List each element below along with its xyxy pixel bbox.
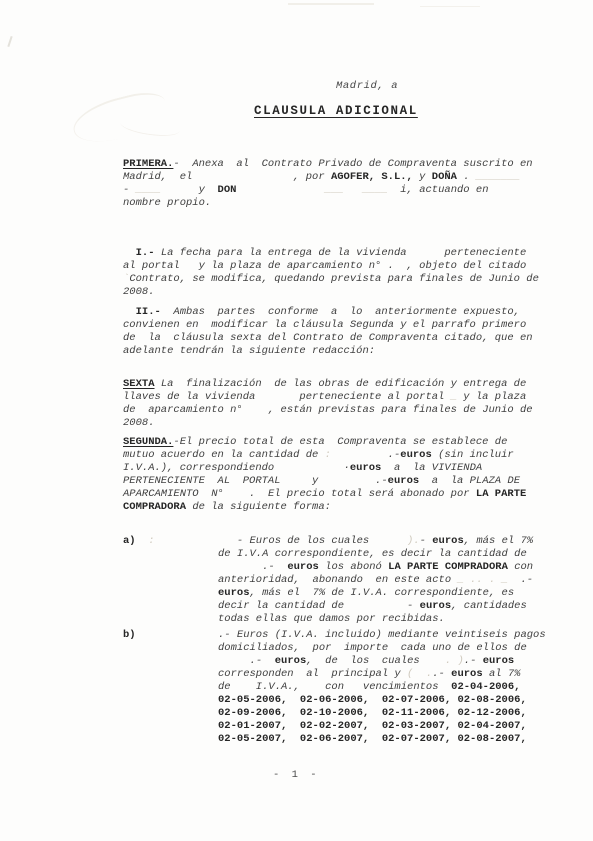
text-run: al 7% bbox=[483, 668, 521, 680]
text-line: - ____ y DON ___ ____ i, actuando en bbox=[123, 184, 563, 197]
text-line: corresponden al principal y ( ..- euros … bbox=[218, 668, 563, 681]
text-run: a) bbox=[123, 535, 136, 547]
text-run: _______ bbox=[470, 171, 520, 183]
text-run: I.V.A.), correspondiendo · bbox=[123, 462, 350, 474]
text-line: 02-09-2006, 02-10-2006, 02-11-2006, 02-1… bbox=[218, 707, 563, 720]
text-line: al portal y la plaza de aparcamiento n° … bbox=[123, 260, 563, 273]
text-run: corresponden al principal y bbox=[218, 668, 407, 680]
text-run: - bbox=[401, 600, 420, 612]
text-run: - Anexa al Contrato Privado de Compraven… bbox=[173, 158, 532, 170]
text-line: `Contrato, se modifica, quedando previst… bbox=[123, 273, 563, 286]
text-run: : bbox=[318, 449, 331, 461]
text-line: I.- La fecha para la entrega de la vivie… bbox=[123, 247, 563, 260]
text-run: .- bbox=[362, 475, 387, 487]
text-run: nombre propio. bbox=[123, 197, 211, 209]
list-marker: b) bbox=[123, 629, 218, 746]
text-run: .- bbox=[432, 668, 451, 680]
text-run: ___ ____ bbox=[236, 184, 387, 196]
text-run: . ) bbox=[432, 655, 464, 667]
text-line: II.- Ambas partes conforme a lo anterior… bbox=[123, 306, 563, 319]
text-line: de I.V.A correspondiente, es decir la ca… bbox=[218, 548, 563, 561]
text-run: 02-04-2006, bbox=[451, 681, 520, 693]
text-run: II.- bbox=[136, 306, 161, 318]
text-run: -El precio total de esta Compraventa se … bbox=[173, 436, 507, 448]
text-line: .- euros los abonó LA PARTE COMPRADORA c… bbox=[218, 561, 563, 574]
text-run: de aparcamiento n° bbox=[123, 404, 243, 416]
text-run: decir la cantidad de bbox=[218, 600, 350, 612]
text-run: mutuo acuerdo en la cantidad de bbox=[123, 449, 318, 461]
text-run: con bbox=[508, 561, 533, 573]
text-run: DOÑA bbox=[432, 171, 457, 183]
text-run: , más el 7% de I.V.A. correspondiente, e… bbox=[250, 587, 515, 599]
text-run: ____ bbox=[129, 184, 161, 196]
text-run: .- Euros (I.V.A. incluido) mediante vein… bbox=[218, 629, 546, 641]
text-line: SEXTA La finalización de las obras de ed… bbox=[123, 378, 563, 391]
text-run: de I.V.A correspondiente, es decir la ca… bbox=[218, 548, 527, 560]
text-run: - Euros de los cuales bbox=[218, 535, 407, 547]
text-line: domiciliados, por importe cada uno de el… bbox=[218, 642, 563, 655]
text-run bbox=[318, 475, 362, 487]
text-run: 02-05-2006, 02-06-2006, 02-07-2006, 02-0… bbox=[218, 694, 527, 706]
text-run: adelante tendrán la siguiente redacción: bbox=[123, 345, 375, 357]
text-run: I.- bbox=[136, 247, 155, 259]
text-run: euros bbox=[400, 449, 432, 461]
text-run: euros bbox=[432, 535, 464, 547]
paragraph-primera: PRIMERA.- Anexa al Contrato Privado de C… bbox=[123, 158, 563, 210]
text-run: COMPRADORA bbox=[123, 501, 186, 513]
paragraph-clause-i: I.- La fecha para la entrega de la vivie… bbox=[123, 247, 563, 299]
text-line: - Euros de los cuales ).- euros, más el … bbox=[218, 535, 563, 548]
text-run: 02-01-2007, 02-02-2007, 02-03-2007, 02-0… bbox=[218, 720, 527, 732]
text-run: euros bbox=[218, 587, 250, 599]
text-line: 2008. bbox=[123, 417, 563, 430]
text-run bbox=[350, 600, 400, 612]
text-line: 2008. bbox=[123, 286, 563, 299]
text-run: euros bbox=[451, 668, 483, 680]
scan-artifact bbox=[288, 3, 374, 5]
text-run: Contrato, se modifica, quedando prevista… bbox=[129, 273, 539, 285]
text-run: DON bbox=[218, 184, 237, 196]
text-line: mutuo acuerdo en la cantidad de : .-euro… bbox=[123, 449, 563, 462]
text-run: ( . bbox=[407, 668, 432, 680]
text-line: de aparcamiento n° , están previstas par… bbox=[123, 404, 563, 417]
text-run: 2008. bbox=[123, 286, 155, 298]
text-run: Ambas partes conforme a lo anteriormente… bbox=[161, 306, 520, 318]
text-run: y bbox=[413, 171, 432, 183]
text-run: euros bbox=[275, 655, 307, 667]
text-line: 02-05-2006, 02-06-2006, 02-07-2006, 02-0… bbox=[218, 694, 563, 707]
text-run: SEGUNDA. bbox=[123, 436, 173, 448]
text-run bbox=[218, 561, 262, 573]
text-run: 02-09-2006, 02-10-2006, 02-11-2006, 02-1… bbox=[218, 707, 527, 719]
text-run: 02-05-2007, 02-06-2007, 02-07-2007, 02-0… bbox=[218, 733, 527, 745]
text-run: llaves de la vivienda perteneciente al p… bbox=[123, 391, 451, 403]
text-run: .- bbox=[262, 561, 287, 573]
page-number: - 1 - bbox=[273, 769, 320, 782]
text-line: nombre propio. bbox=[123, 197, 563, 210]
text-run: anterioridad, abonando en este acto bbox=[218, 574, 457, 586]
text-run: (sin incluir bbox=[432, 449, 514, 461]
text-run: APARCAMIENTO N° bbox=[123, 488, 224, 500]
text-run: : bbox=[136, 535, 155, 547]
text-run: euros bbox=[287, 561, 319, 573]
text-run: i, actuando en bbox=[388, 184, 489, 196]
scan-artifact bbox=[420, 6, 480, 7]
list-item-content: - Euros de los cuales ).- euros, más el … bbox=[218, 535, 563, 626]
text-run: euros bbox=[388, 475, 420, 487]
text-run: - bbox=[420, 535, 433, 547]
text-run: de la cláusula sexta del Contrato de Com… bbox=[123, 332, 533, 344]
text-run: euros bbox=[483, 655, 515, 667]
text-run bbox=[123, 247, 136, 259]
text-run: .- bbox=[331, 449, 400, 461]
text-run: , de los cuales bbox=[306, 655, 432, 667]
text-run: . El precio total será abonado por bbox=[249, 488, 476, 500]
text-line: I.V.A.), correspondiendo ·euros a la VIV… bbox=[123, 462, 563, 475]
text-line: adelante tendrán la siguiente redacción: bbox=[123, 345, 563, 358]
text-line: llaves de la vivienda perteneciente al p… bbox=[123, 391, 563, 404]
text-run: La fecha para la entrega de la vivienda … bbox=[155, 247, 527, 259]
paragraph-segunda: SEGUNDA.-El precio total de esta Comprav… bbox=[123, 436, 563, 514]
text-run: euros bbox=[350, 462, 382, 474]
paragraph-sexta: SEXTA La finalización de las obras de ed… bbox=[123, 378, 563, 430]
list-item-b: b).- Euros (I.V.A. incluido) mediante ve… bbox=[123, 629, 563, 746]
scan-artifact bbox=[7, 36, 12, 47]
text-run: PERTENECIENTE AL PORTAL y bbox=[123, 475, 318, 487]
text-run: .- bbox=[464, 655, 483, 667]
text-run: Madrid, el , por bbox=[123, 171, 331, 183]
text-run bbox=[243, 404, 268, 416]
text-run: La finalización de las obras de edificac… bbox=[155, 378, 527, 390]
text-line: decir la cantidad de - euros, cantidades bbox=[218, 600, 563, 613]
text-line: COMPRADORA de la siguiente forma: bbox=[123, 501, 563, 514]
list-marker: a) : bbox=[123, 535, 218, 626]
text-run: y bbox=[161, 184, 218, 196]
text-run: PRIMERA. bbox=[123, 158, 173, 170]
text-line: euros, más el 7% de I.V.A. correspondien… bbox=[218, 587, 563, 600]
text-run bbox=[224, 488, 249, 500]
text-line: 02-01-2007, 02-02-2007, 02-03-2007, 02-0… bbox=[218, 720, 563, 733]
text-run: de la siguiente forma: bbox=[186, 501, 331, 513]
text-run: convienen en modificar la cláusula Segun… bbox=[123, 319, 526, 331]
list-item-a: a) : - Euros de los cuales ).- euros, má… bbox=[123, 535, 563, 626]
list-item-content: .- Euros (I.V.A. incluido) mediante vein… bbox=[218, 629, 563, 746]
text-line: PRIMERA.- Anexa al Contrato Privado de C… bbox=[123, 158, 563, 171]
text-line: anterioridad, abonando en este acto _ ..… bbox=[218, 574, 563, 587]
text-run: , cantidades bbox=[451, 600, 527, 612]
text-line: 02-05-2007, 02-06-2007, 02-07-2007, 02-0… bbox=[218, 733, 563, 746]
text-run: , más el 7% bbox=[464, 535, 533, 547]
text-line: de la cláusula sexta del Contrato de Com… bbox=[123, 332, 563, 345]
text-run: . bbox=[457, 171, 470, 183]
text-run: ). bbox=[407, 535, 420, 547]
scan-artifact bbox=[69, 87, 172, 149]
text-run: a la PLAZA DE bbox=[419, 475, 520, 487]
text-run bbox=[218, 655, 243, 667]
scan-artifact bbox=[119, 114, 181, 139]
text-line: de I.V.A., con vencimientos 02-04-2006, bbox=[218, 681, 563, 694]
text-run: , están previstas para finales de Junio … bbox=[268, 404, 533, 416]
text-run: de I.V.A., con vencimientos bbox=[218, 681, 451, 693]
text-run: AGOFER, S.L., bbox=[331, 171, 413, 183]
scanned-contract-page: Madrid, a CLAUSULA ADICIONAL PRIMERA.- A… bbox=[0, 0, 593, 841]
text-run: .- bbox=[514, 574, 533, 586]
text-line: convienen en modificar la cláusula Segun… bbox=[123, 319, 563, 332]
text-run: 2008. bbox=[123, 417, 155, 429]
text-run: al portal y la plaza de aparcamiento n° … bbox=[123, 260, 526, 272]
text-run: todas ellas que damos por recibidas. bbox=[218, 613, 445, 625]
paragraph-clause-ii: II.- Ambas partes conforme a lo anterior… bbox=[123, 306, 563, 358]
text-run: .- bbox=[243, 655, 275, 667]
text-line: SEGUNDA.-El precio total de esta Comprav… bbox=[123, 436, 563, 449]
text-line: APARCAMIENTO N° . El precio total será a… bbox=[123, 488, 563, 501]
text-run: y la plaza bbox=[457, 391, 526, 403]
text-run: domiciliados, por importe cada uno de el… bbox=[218, 642, 527, 654]
text-run: b) bbox=[123, 629, 136, 641]
page-title: CLAUSULA ADICIONAL bbox=[254, 105, 418, 118]
text-run: LA PARTE bbox=[476, 488, 526, 500]
text-run: SEXTA bbox=[123, 378, 155, 390]
text-line: .- Euros (I.V.A. incluido) mediante vein… bbox=[218, 629, 563, 642]
text-line: PERTENECIENTE AL PORTAL y .-euros a la P… bbox=[123, 475, 563, 488]
text-run: a la VIVIENDA bbox=[381, 462, 482, 474]
text-run: los abonó bbox=[319, 561, 388, 573]
text-run bbox=[123, 306, 136, 318]
text-run: _ .. . _ bbox=[457, 574, 514, 586]
text-line: Madrid, el , por AGOFER, S.L., y DOÑA . … bbox=[123, 171, 563, 184]
text-run: euros bbox=[420, 600, 452, 612]
dateline: Madrid, a bbox=[336, 80, 398, 93]
text-line: .- euros, de los cuales . ).- euros bbox=[218, 655, 563, 668]
text-run: LA PARTE COMPRADORA bbox=[388, 561, 508, 573]
text-line: todas ellas que damos por recibidas. bbox=[218, 613, 563, 626]
